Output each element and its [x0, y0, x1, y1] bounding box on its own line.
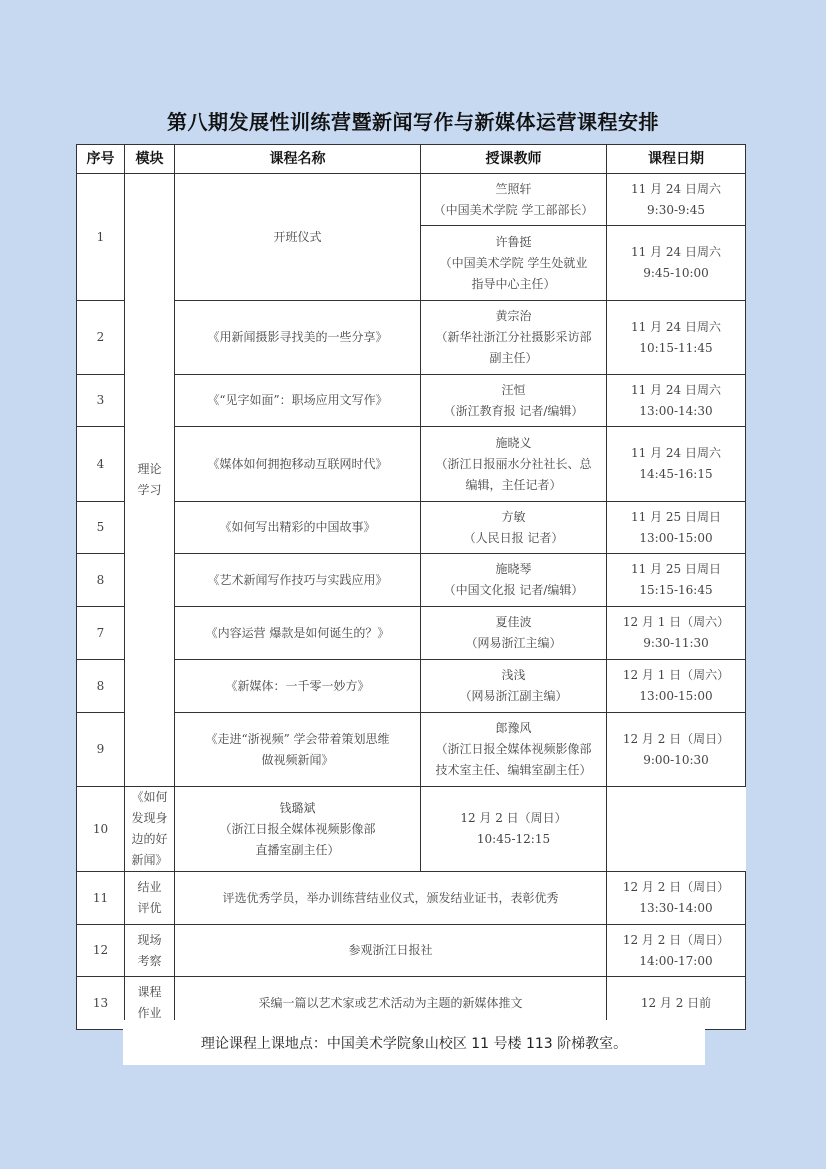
- teacher: 施晓琴 （中国文化报 记者/编辑）: [421, 554, 607, 607]
- teacher: 夏佳波 （网易浙江主编）: [421, 607, 607, 660]
- course-date: 11 月 25 日周日 15:15-16:45: [607, 554, 746, 607]
- course-name: 《如何发现身边的好新闻》: [125, 787, 175, 872]
- row-no: 8: [77, 554, 125, 607]
- table-row: 7 《内容运营 爆款是如何诞生的？》 夏佳波 （网易浙江主编） 12 月 1 日…: [77, 607, 746, 660]
- course-name: 《走进“浙视频” 学会带着策划思维 做视频新闻》: [175, 713, 421, 787]
- teacher: 竺照轩 （中国美术学院 学工部部长）: [421, 174, 607, 226]
- venue-note: 理论课程上课地点：中国美术学院象山校区 11 号楼 113 阶梯教室。: [123, 1020, 705, 1065]
- table-row: 2 《用新闻摄影寻找美的一些分享》 黄宗治 （新华社浙江分社摄影采访部 副主任）…: [77, 301, 746, 375]
- course-name: 《新媒体：一千零一妙方》: [175, 660, 421, 713]
- table-row: 10 《如何发现身边的好新闻》 钱璐斌 （浙江日报全媒体视频影像部 直播室副主任…: [77, 787, 746, 872]
- table-row: 8 《艺术新闻写作技巧与实践应用》 施晓琴 （中国文化报 记者/编辑） 11 月…: [77, 554, 746, 607]
- teacher: 郎豫风 （浙江日报全媒体视频影像部 技术室主任、编辑室副主任）: [421, 713, 607, 787]
- activity: 评选优秀学员，举办训练营结业仪式，颁发结业证书，表彰优秀: [175, 872, 607, 925]
- header-course: 课程名称: [175, 145, 421, 174]
- row-no: 1: [77, 174, 125, 301]
- course-name: 《媒体如何拥抱移动互联网时代》: [175, 427, 421, 502]
- table-row: 4 《媒体如何拥抱移动互联网时代》 施晓义 （浙江日报丽水分社社长、总 编辑，主…: [77, 427, 746, 502]
- header-module: 模块: [125, 145, 175, 174]
- schedule-table: 序号 模块 课程名称 授课教师 课程日期 1 理论学习 开班仪式 竺照轩 （中国…: [76, 144, 746, 1030]
- course-date: 11 月 24 日周六 9:45-10:00: [607, 226, 746, 301]
- header-no: 序号: [77, 145, 125, 174]
- course-date: 11 月 25 日周日 13:00-15:00: [607, 502, 746, 554]
- row-no: 12: [77, 925, 125, 977]
- row-no: 5: [77, 502, 125, 554]
- row-no: 3: [77, 375, 125, 427]
- table-header-row: 序号 模块 课程名称 授课教师 课程日期: [77, 145, 746, 174]
- table-row: 3 《“见字如面”：职场应用文写作》 汪恒 （浙江教育报 记者/编辑） 11 月…: [77, 375, 746, 427]
- row-no: 8: [77, 660, 125, 713]
- course-name: 《内容运营 爆款是如何诞生的？》: [175, 607, 421, 660]
- row-no: 9: [77, 713, 125, 787]
- row-no: 7: [77, 607, 125, 660]
- course-name: 《艺术新闻写作技巧与实践应用》: [175, 554, 421, 607]
- course-name: 《“见字如面”：职场应用文写作》: [175, 375, 421, 427]
- row-no: 4: [77, 427, 125, 502]
- course-date: 12 月 2 日（周日） 13:30-14:00: [607, 872, 746, 925]
- course-name: 《如何写出精彩的中国故事》: [175, 502, 421, 554]
- course-date: 12 月 2 日（周日） 10:45-12:15: [421, 787, 607, 872]
- module-graduation: 结业评优: [125, 872, 175, 925]
- row-no: 13: [77, 977, 125, 1030]
- course-date: 12 月 2 日（周日） 9:00-10:30: [607, 713, 746, 787]
- course-date: 12 月 1 日（周六） 9:30-11:30: [607, 607, 746, 660]
- row-no: 10: [77, 787, 125, 872]
- teacher: 浅浅 （网易浙江副主编）: [421, 660, 607, 713]
- header-date: 课程日期: [607, 145, 746, 174]
- course-date: 11 月 24 日周六 10:15-11:45: [607, 301, 746, 375]
- teacher: 许鲁挺 （中国美术学院 学生处就业 指导中心主任）: [421, 226, 607, 301]
- course-date: 11 月 24 日周六 9:30-9:45: [607, 174, 746, 226]
- table-row: 11 结业评优 评选优秀学员，举办训练营结业仪式，颁发结业证书，表彰优秀 12 …: [77, 872, 746, 925]
- course-name: 《用新闻摄影寻找美的一些分享》: [175, 301, 421, 375]
- teacher: 钱璐斌 （浙江日报全媒体视频影像部 直播室副主任）: [175, 787, 421, 872]
- module-field-visit: 现场考察: [125, 925, 175, 977]
- course-date: 12 月 1 日（周六） 13:00-15:00: [607, 660, 746, 713]
- course-date: 11 月 24 日周六 14:45-16:15: [607, 427, 746, 502]
- table-row: 9 《走进“浙视频” 学会带着策划思维 做视频新闻》 郎豫风 （浙江日报全媒体视…: [77, 713, 746, 787]
- teacher: 施晓义 （浙江日报丽水分社社长、总 编辑，主任记者）: [421, 427, 607, 502]
- module-theory: 理论学习: [125, 174, 175, 787]
- teacher: 汪恒 （浙江教育报 记者/编辑）: [421, 375, 607, 427]
- header-teacher: 授课教师: [421, 145, 607, 174]
- table-row: 12 现场考察 参观浙江日报社 12 月 2 日（周日） 14:00-17:00: [77, 925, 746, 977]
- table-row: 8 《新媒体：一千零一妙方》 浅浅 （网易浙江副主编） 12 月 1 日（周六）…: [77, 660, 746, 713]
- page-title: 第八期发展性训练营暨新闻写作与新媒体运营课程安排: [0, 106, 826, 135]
- course-name: 开班仪式: [175, 174, 421, 301]
- table-row: 1 理论学习 开班仪式 竺照轩 （中国美术学院 学工部部长） 11 月 24 日…: [77, 174, 746, 226]
- course-date: 11 月 24 日周六 13:00-14:30: [607, 375, 746, 427]
- course-date: 12 月 2 日（周日） 14:00-17:00: [607, 925, 746, 977]
- table-row: 5 《如何写出精彩的中国故事》 方敏 （人民日报 记者） 11 月 25 日周日…: [77, 502, 746, 554]
- row-no: 11: [77, 872, 125, 925]
- teacher: 方敏 （人民日报 记者）: [421, 502, 607, 554]
- row-no: 2: [77, 301, 125, 375]
- teacher: 黄宗治 （新华社浙江分社摄影采访部 副主任）: [421, 301, 607, 375]
- activity: 参观浙江日报社: [175, 925, 607, 977]
